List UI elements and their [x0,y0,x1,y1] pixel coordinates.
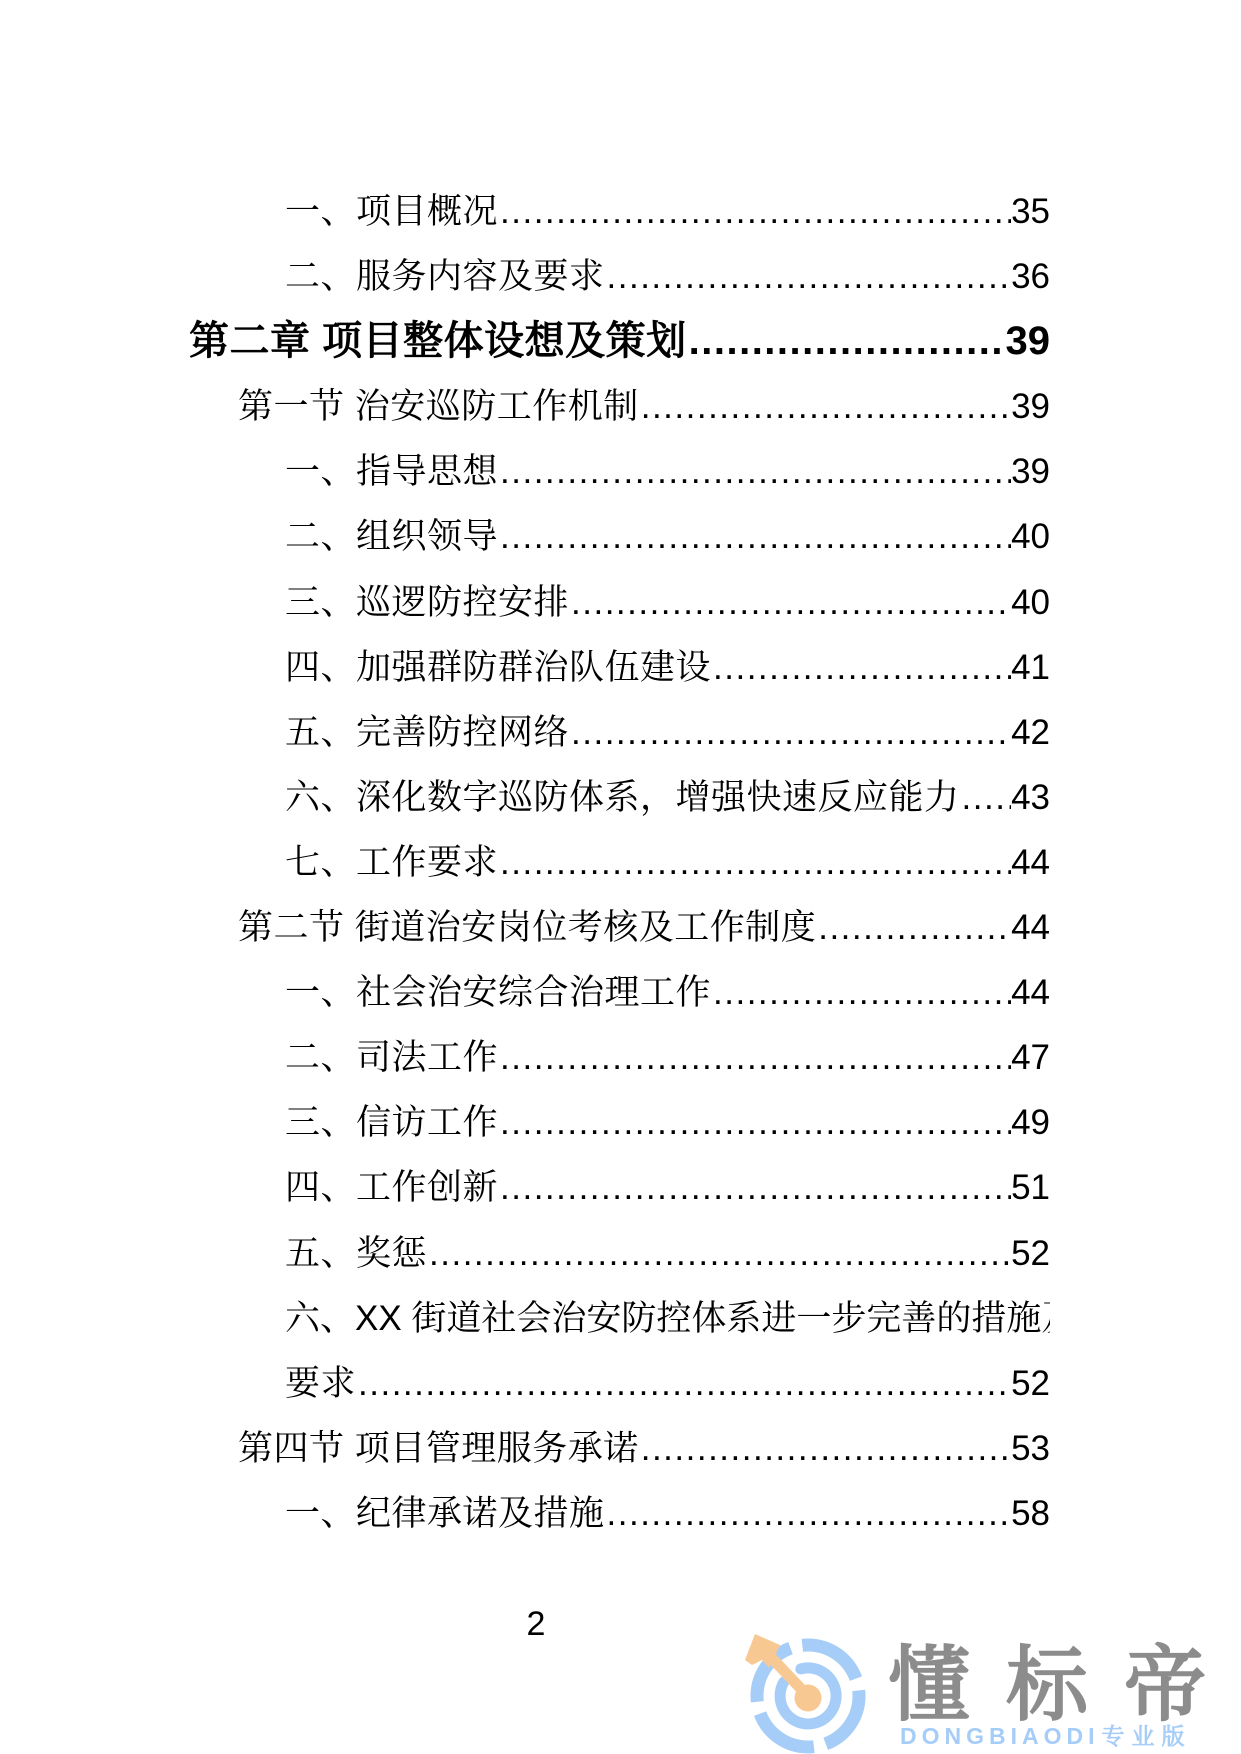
toc-entry[interactable]: 一、指导思想 .................................… [189,439,1050,504]
page-number: 2 [506,1604,566,1644]
toc-entry-label: 三、信访工作 [285,1090,498,1155]
toc-entry-label: 一、项目概况 [285,179,498,244]
toc-page-number: 51 [1011,1155,1050,1220]
toc-entry-label: 五、奖惩 [285,1221,427,1286]
toc-dot-leader: ........................................… [500,830,1011,895]
toc-dot-leader: ........................................… [500,439,1011,504]
toc-entry-label: 七、工作要求 [285,830,498,895]
toc-page-number: 53 [1011,1416,1050,1481]
toc-entry-label: 第一节 治安巡防工作机制 [238,374,639,439]
toc-entry-label: 一、社会治安综合治理工作 [285,960,711,1025]
toc-entry-label: 二、司法工作 [285,1025,498,1090]
toc-dot-leader: ........................................… [607,1481,1012,1546]
toc-entry[interactable]: 四、工作创新 .................................… [189,1155,1050,1220]
toc-page-number: 39 [1011,439,1050,504]
toc-dot-leader: ........................................… [641,1416,1011,1481]
toc-entry[interactable]: 一、社会治安综合治理工作 ...........................… [189,960,1050,1025]
toc-page-number: 52 [1011,1351,1050,1416]
toc-page-number: 41 [1011,635,1050,700]
toc-entry-label: 四、加强群防群治队伍建设 [285,635,711,700]
toc-dot-leader: ........................................… [689,309,1006,374]
toc-page-number: 42 [1011,700,1050,765]
toc-dot-leader: ........................................… [500,504,1011,569]
toc-dot-leader: ........................................… [500,1090,1011,1155]
toc-entry[interactable]: 一、项目概况 .................................… [189,179,1050,244]
toc-entry[interactable]: 五、完善防控网络 ...............................… [189,700,1050,765]
toc-entry-label: 一、纪律承诺及措施 [285,1481,605,1546]
toc-dot-leader: ........................................… [818,895,1011,960]
toc-entry[interactable]: 第四节 项目管理服务承诺 ...........................… [189,1416,1050,1481]
toc-entry-label: 第二节 街道治安岗位考核及工作制度 [238,895,816,960]
toc-dot-leader: ........................................… [358,1351,1011,1416]
toc-dot-leader: ........................................… [713,635,1011,700]
toc-entry[interactable]: 要求 .....................................… [189,1351,1050,1416]
toc-dot-leader: ........................................… [641,374,1011,439]
toc-entry-label: 二、组织领导 [285,504,498,569]
watermark-subtitle-latin: DONGBIAODI [900,1723,1100,1749]
toc-entry[interactable]: 一、纪律承诺及措施 ..............................… [189,1481,1050,1546]
toc-dot-leader: ........................................… [713,960,1011,1025]
toc-entry[interactable]: 第一节 治安巡防工作机制 ...........................… [189,374,1050,439]
toc-dot-leader: ........................................… [607,244,1012,309]
watermark-brand-text: 懂标帝 [888,1646,1241,1726]
toc-entry[interactable]: 二、服务内容及要求 ..............................… [189,244,1050,309]
toc-page-number: 43 [1011,765,1050,830]
toc-entry[interactable]: 二、司法工作 .................................… [189,1025,1050,1090]
toc-page-number: 36 [1011,244,1050,309]
toc-page-number: 44 [1011,830,1050,895]
toc-entry[interactable]: 六、XX 街道社会治安防控体系进一步完善的措施及 [189,1286,1050,1351]
toc-entry-label: 五、完善防控网络 [285,700,569,765]
toc-page-number: 40 [1011,504,1050,569]
toc-dot-leader: ........................................… [500,1155,1011,1220]
toc-page-number: 44 [1011,960,1050,1025]
toc-page-number: 52 [1011,1221,1050,1286]
toc-entry-label: 二、服务内容及要求 [285,244,605,309]
toc-page-number: 35 [1011,179,1050,244]
toc-entry-label: 一、指导思想 [285,439,498,504]
toc-dot-leader: ........................................… [571,700,1011,765]
toc-entry-label: 六、XX 街道社会治安防控体系进一步完善的措施及 [285,1286,1050,1351]
toc-entry-label: 六、深化数字巡防体系，增强快速反应能力 [285,765,960,830]
toc-entry[interactable]: 三、信访工作 .................................… [189,1090,1050,1155]
toc-entry-label: 三、巡逻防控安排 [285,570,569,635]
toc-dot-leader: ........................................… [962,765,1012,830]
toc-entry-label: 第四节 项目管理服务承诺 [238,1416,639,1481]
toc-entry[interactable]: 三、巡逻防控安排 ...............................… [189,570,1050,635]
toc-list: 一、项目概况 .................................… [189,179,1050,1546]
toc-entry[interactable]: 第二节 街道治安岗位考核及工作制度 ......................… [189,895,1050,960]
toc-entry[interactable]: 六、深化数字巡防体系，增强快速反应能力 ....................… [189,765,1050,830]
toc-entry[interactable]: 四、加强群防群治队伍建设 ...........................… [189,635,1050,700]
toc-page-number: 47 [1011,1025,1050,1090]
toc-page-number: 58 [1011,1481,1050,1546]
toc-entry[interactable]: 第二章 项目整体设想及策划 ..........................… [189,309,1050,374]
toc-dot-leader: ........................................… [571,570,1011,635]
toc-entry-label: 第二章 项目整体设想及策划 [189,309,687,374]
toc-entry[interactable]: 五、奖惩 ...................................… [189,1221,1050,1286]
watermark-badge: 专业版 [1102,1723,1192,1749]
toc-page-number: 49 [1011,1090,1050,1155]
toc-dot-leader: ........................................… [500,1025,1011,1090]
toc-entry-label: 四、工作创新 [285,1155,498,1220]
watermark-subtitle: DONGBIAODI专业版 [900,1722,1192,1750]
toc-page-number: 39 [1011,374,1050,439]
target-arrow-icon [742,1632,872,1754]
toc-entry[interactable]: 二、组织领导 .................................… [189,504,1050,569]
toc-dot-leader: ........................................… [429,1221,1011,1286]
toc-page-number: 40 [1011,570,1050,635]
document-page: 一、项目概况 .................................… [0,0,1241,1754]
toc-entry[interactable]: 七、工作要求 .................................… [189,830,1050,895]
toc-page-number: 44 [1011,895,1050,960]
toc-dot-leader: ........................................… [500,179,1011,244]
toc-page-number: 39 [1006,309,1051,374]
toc-entry-label: 要求 [285,1351,356,1416]
